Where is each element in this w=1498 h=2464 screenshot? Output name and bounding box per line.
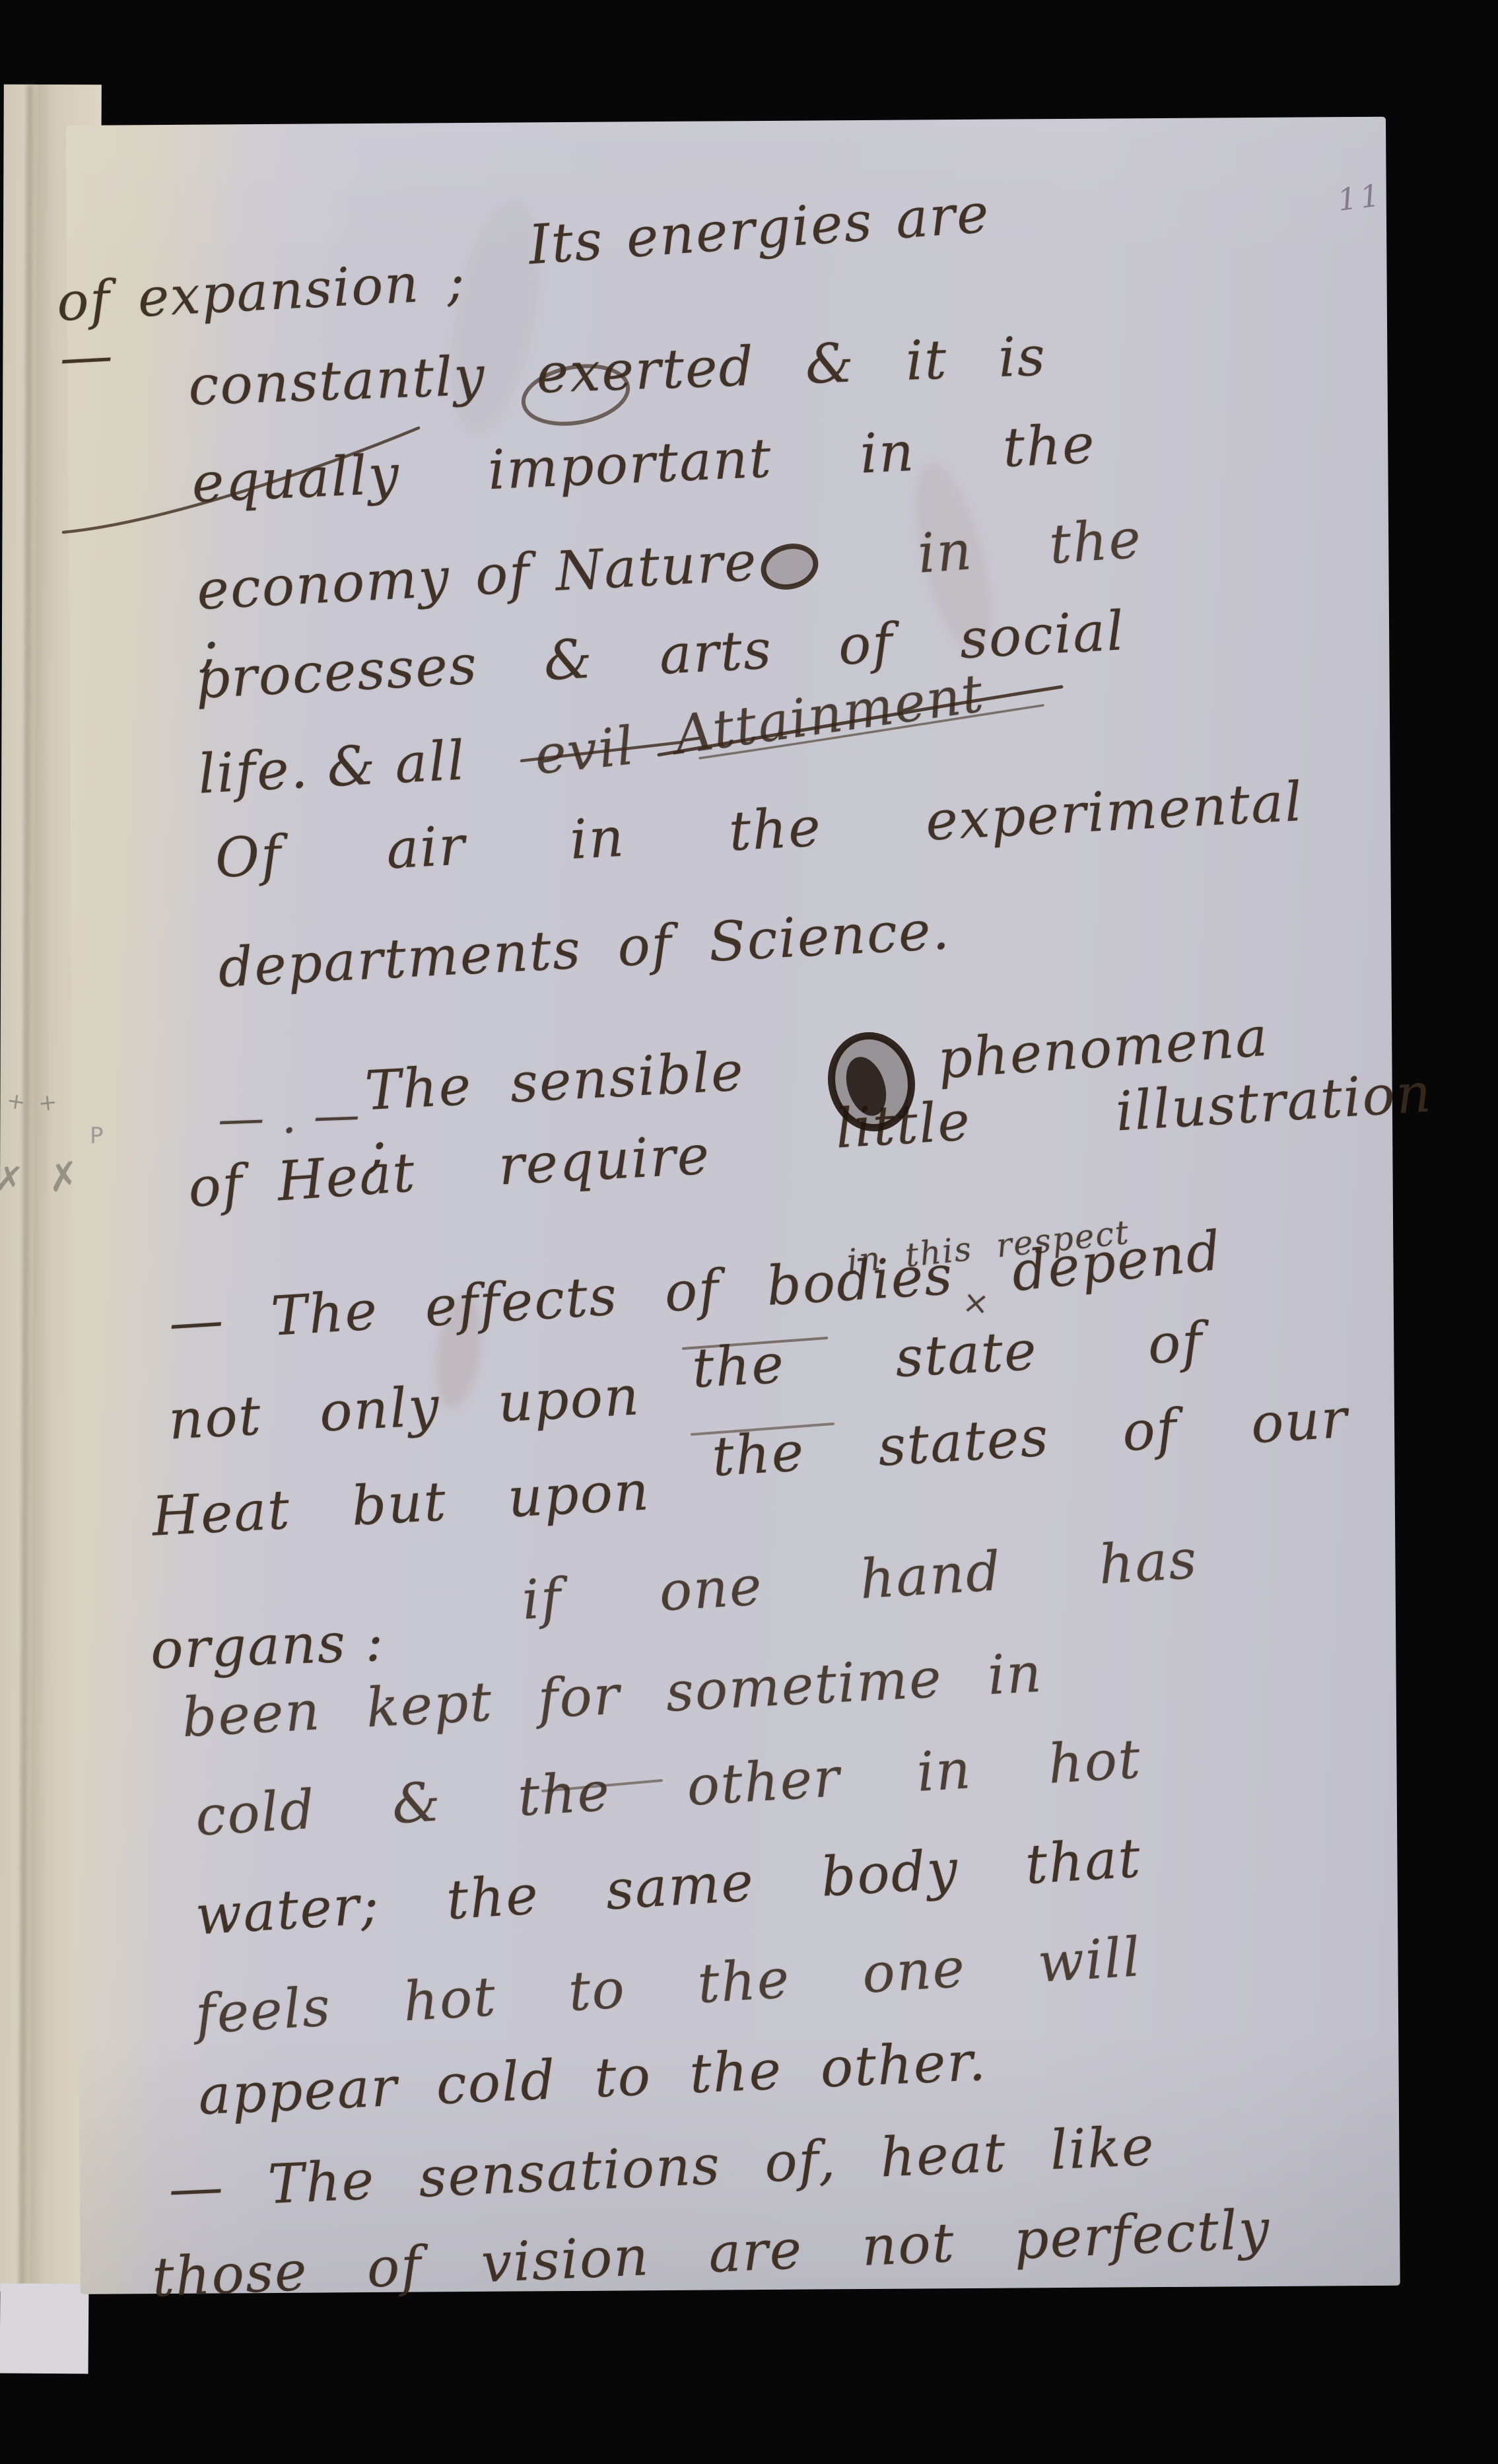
handwriting-line: organs : [150, 1614, 386, 1679]
underlying-page-corner [0, 2284, 88, 2374]
page-number: 11 [1336, 177, 1385, 218]
handwriting-line: life. & all [197, 732, 467, 803]
pencil-margin-mark: ✗ [0, 1159, 25, 1201]
dash-mark: — . — [217, 1090, 362, 1144]
handwriting-line: require [497, 1127, 712, 1195]
photo-background: 11 + + ✗ ✗ P of expansion ; — Its energi… [0, 0, 1498, 2464]
pencil-margin-mark: + [37, 1089, 59, 1117]
pencil-margin-mark: P [90, 1123, 104, 1149]
caret-mark: × [961, 1285, 992, 1321]
pencil-margin-mark: ✗ [45, 1152, 83, 1201]
struck-word: evil [532, 718, 638, 783]
handwriting-line: of Heat [186, 1144, 417, 1217]
handwriting-line: in the [916, 510, 1143, 583]
